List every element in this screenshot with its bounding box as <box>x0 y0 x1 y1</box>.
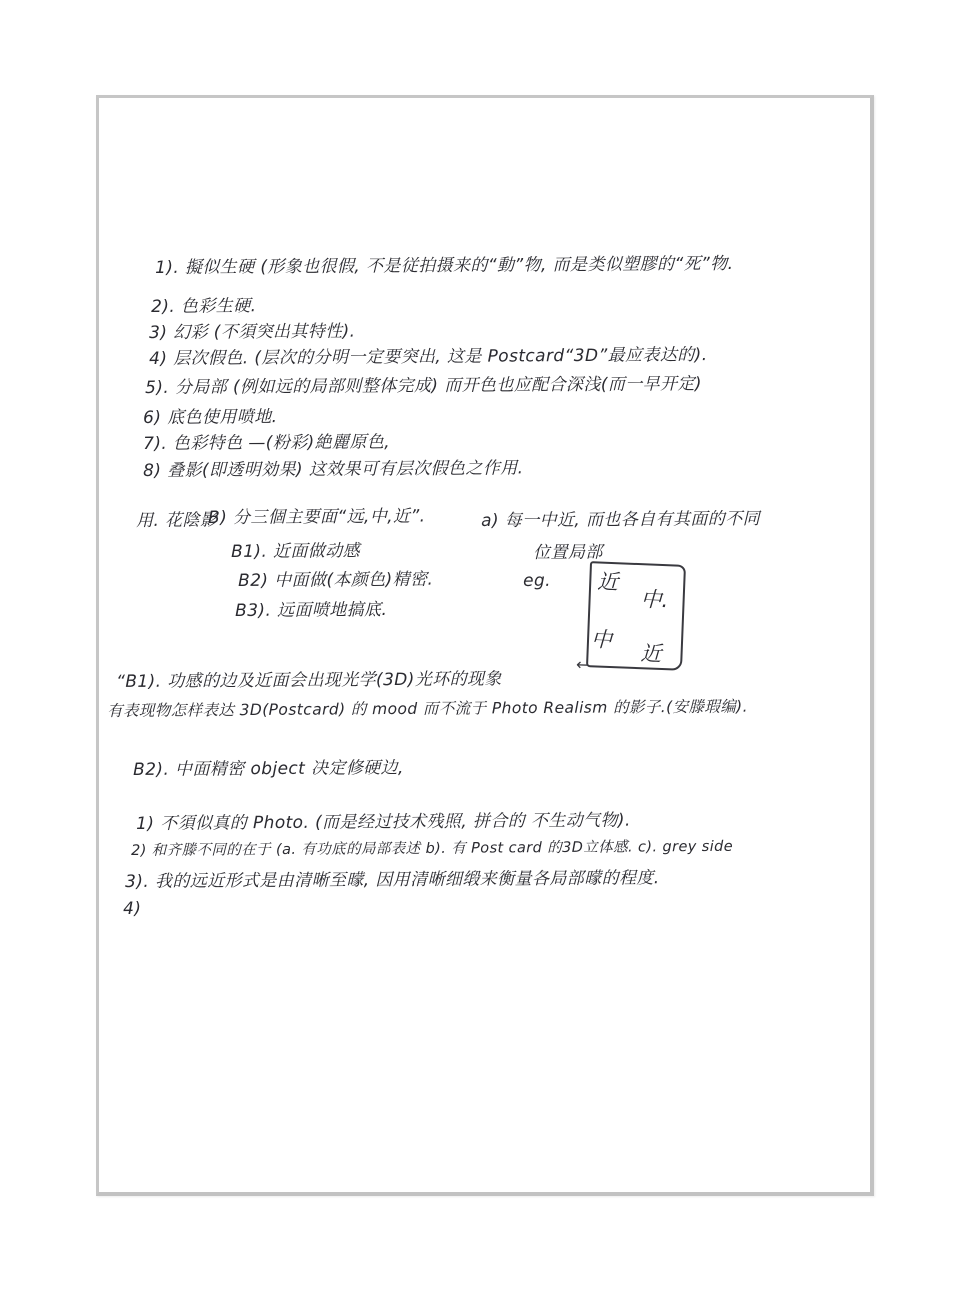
shadow-section-label: 用. 花陰影 <box>136 505 217 531</box>
b1-note-line: 有表现物怎样表达 3D(Postcard) 的 mood 而不流于 Photo … <box>107 695 748 721</box>
near-mid-far-diagram: 近 中. 中 近 ← <box>586 561 686 671</box>
note-line: 1). 擬似生硬 (形象也很假, 不是従拍摄来的“動”物, 而是类似塑膠的“死”… <box>155 249 734 278</box>
note-line: 4) <box>123 899 141 919</box>
b2-note-line: B2). 中面精密 object 决定修硬边, <box>133 753 404 780</box>
note-line: 7). 色彩特色 —(粉彩)絶麗原色, <box>143 427 390 454</box>
shadow-sub-b3: B3). 远面喷地搞底. <box>235 595 387 621</box>
note-line: 3) 幻彩 (不須突出其特性). <box>149 317 355 343</box>
shadow-section-a-note: a) 每一中近, 而也各自有其面的不同 <box>481 504 760 531</box>
diagram-glyph-top-right: 中. <box>640 583 669 614</box>
shadow-section-a-note2: 位置局部 <box>533 538 603 563</box>
shadow-sub-b1: B1). 近面做动感 <box>231 536 360 562</box>
note-line: 6) 底色使用喷地. <box>143 402 277 428</box>
diagram-glyph-top-left: 近 <box>597 566 619 597</box>
note-line: 1) 不須似真的 Photo. (而是经过技术残照, 拼合的 不生动气物). <box>136 806 631 834</box>
eg-label: eg. <box>523 571 551 591</box>
note-line: 2). 色彩生硬. <box>151 291 256 317</box>
note-line: 8) 叠影(即透明効果) 这效果可有层次假色之作用. <box>143 453 523 481</box>
diagram-glyph-mid-left: 中 <box>591 623 613 654</box>
note-line: 4) 层次假色. (层次的分明一定要突出, 这是 Postcard“3D”最应表… <box>149 340 708 369</box>
diagram-glyph-bottom-right: 近 <box>640 637 662 668</box>
note-line: 5). 分局部 (例如远的局部则整体完成) 而开色也应配合深浅(而一早开定) <box>145 369 702 398</box>
scanned-paper: 1). 擬似生硬 (形象也很假, 不是従拍摄来的“動”物, 而是类似塑膠的“死”… <box>96 95 874 1196</box>
note-line: 2) 和齐滕不同的在于 (a. 有功底的局部表述 b). 有 Post card… <box>131 835 733 860</box>
shadow-section-header: B) 分三個主要面“远,中,近”. <box>208 501 425 528</box>
b1-note-line: “B1). 功感的边及近面会出现光学(3D)光环的现象 <box>116 664 502 692</box>
diagram-arrow-icon: ← <box>576 655 590 675</box>
shadow-sub-b2: B2) 中面做(本颜色)精密. <box>238 565 433 591</box>
note-line: 3). 我的远近形式是由清晰至曚, 因用清晰细缎来衡量各局部曚的程度. <box>125 863 660 892</box>
